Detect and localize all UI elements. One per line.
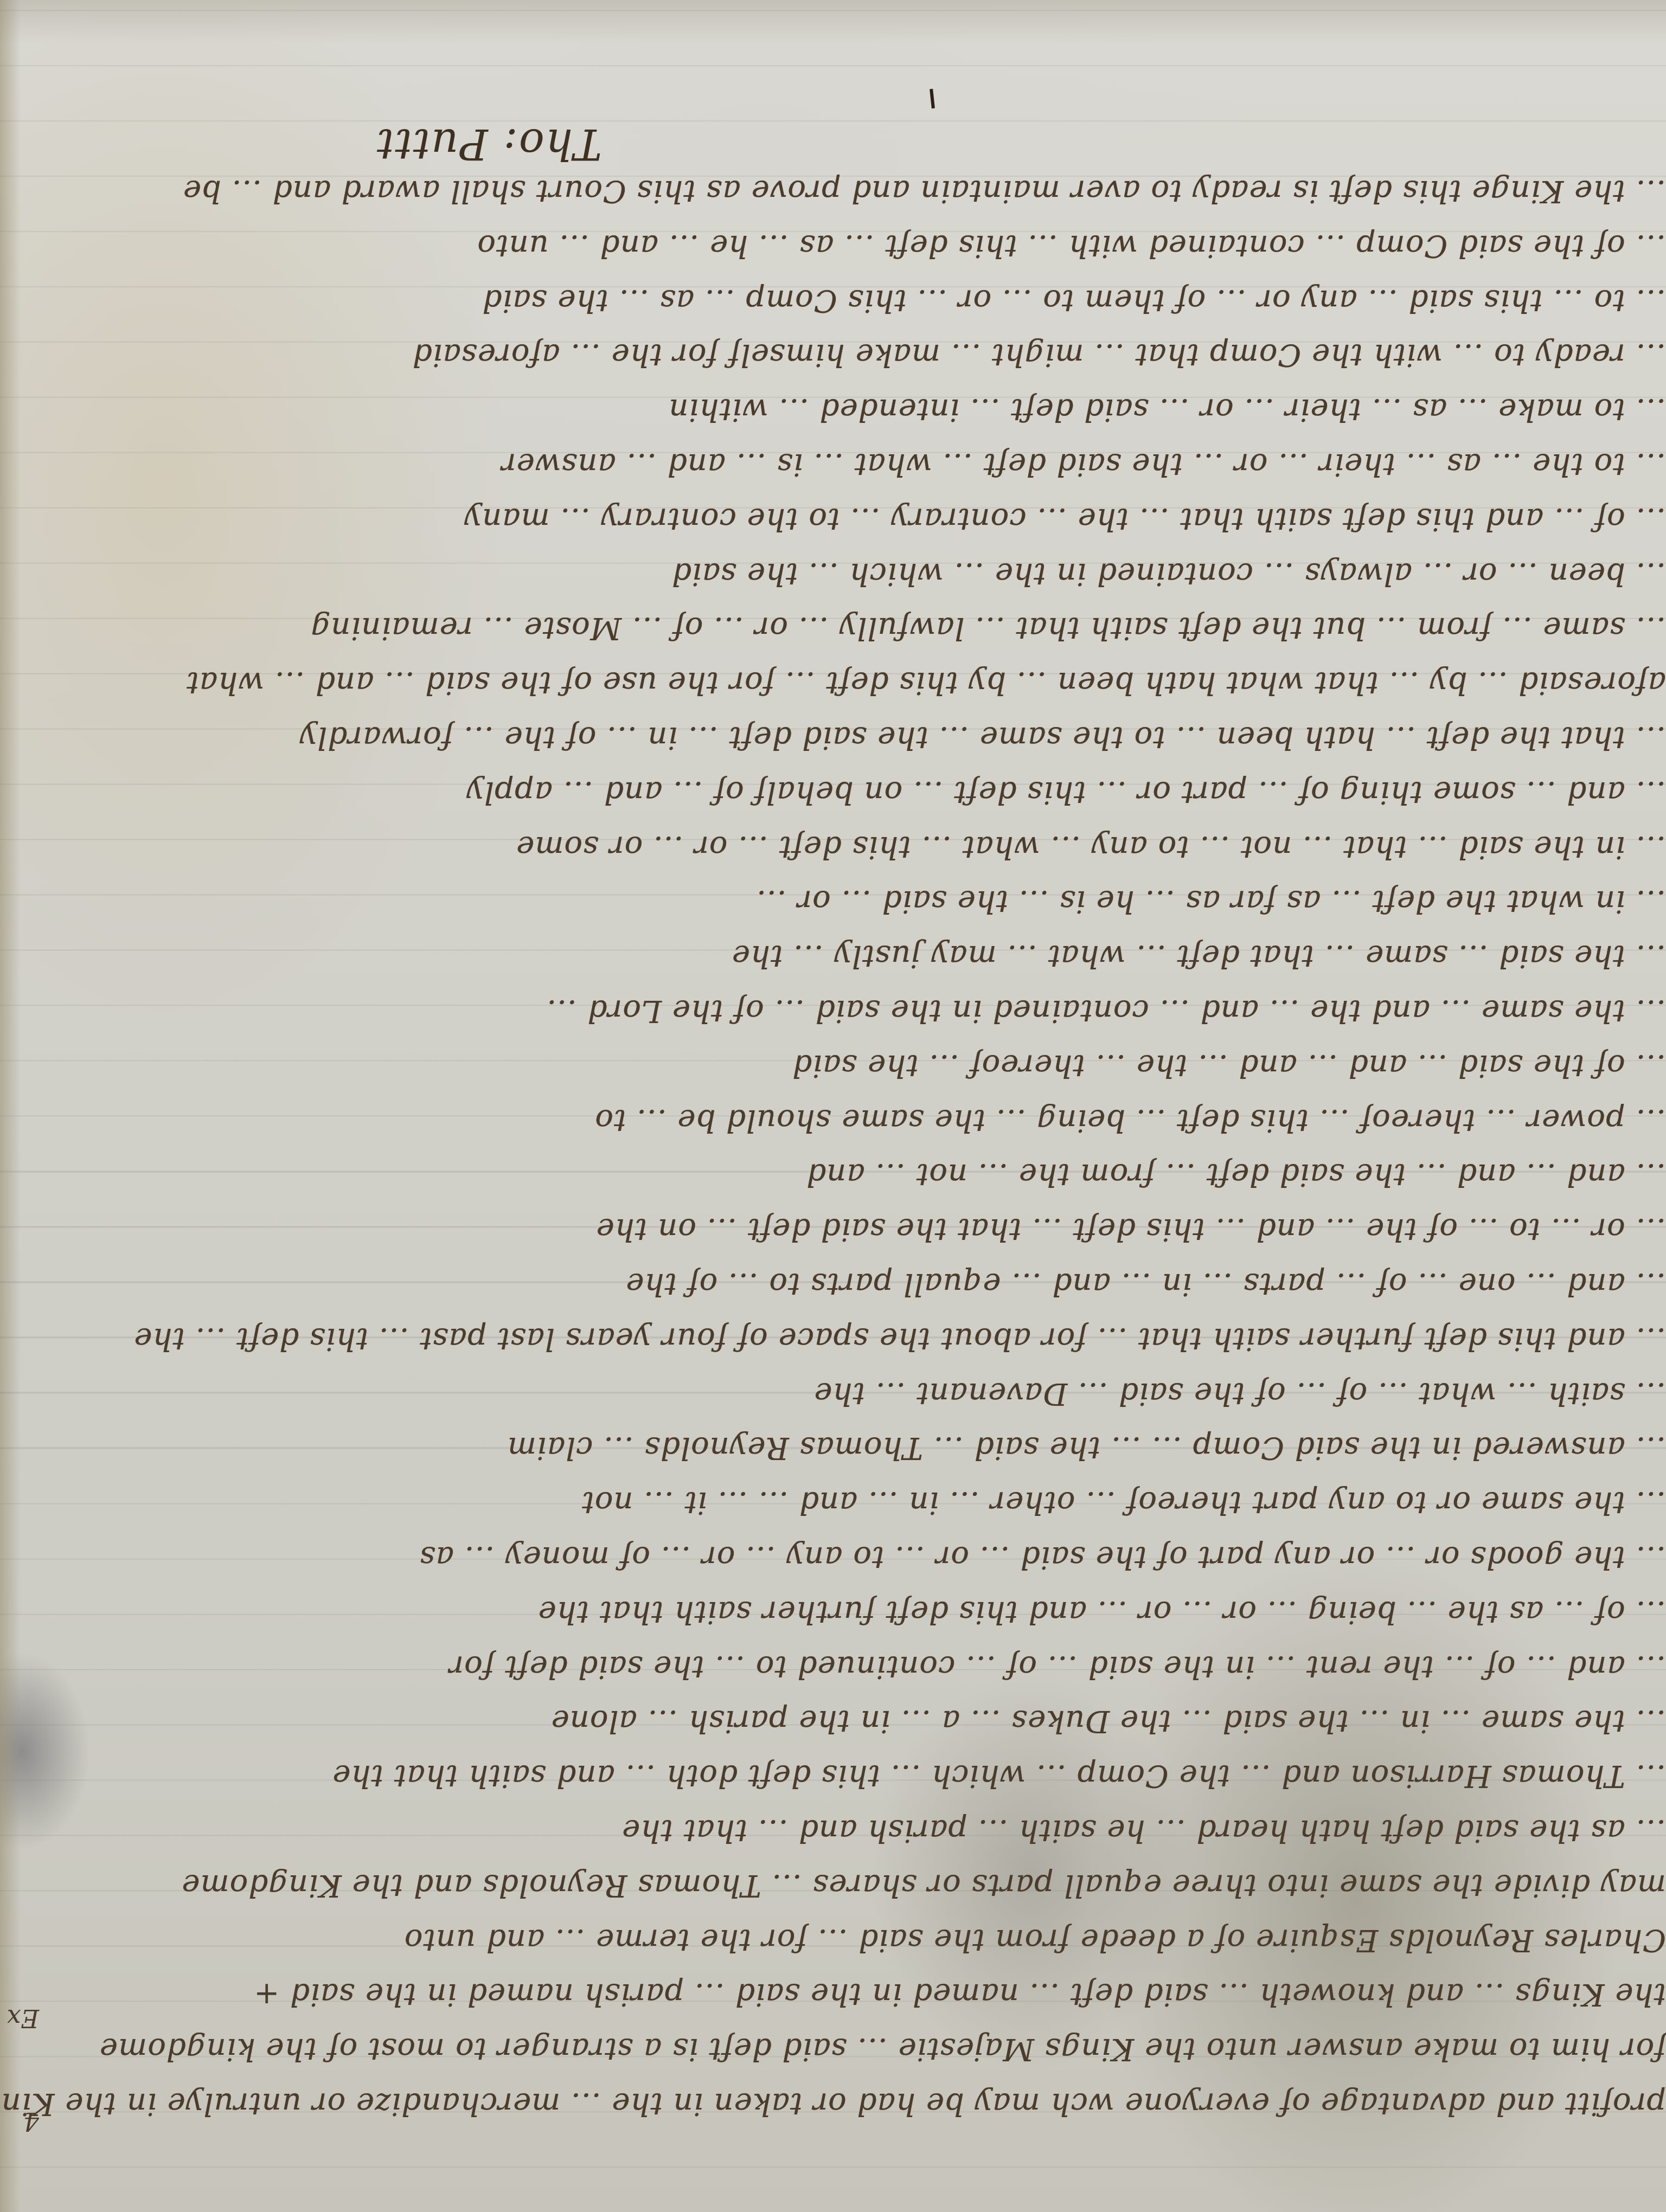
- manuscript-line: ... in what the deft ... as far as ... h…: [0, 874, 1666, 929]
- margin-note-number: 4: [23, 2107, 39, 2136]
- manuscript-line: ... of the said Comp ... contained with …: [0, 218, 1666, 273]
- manuscript-line: ... the same or to any part thereof ... …: [0, 1475, 1666, 1529]
- manuscript-line: ... in the said ... that ... not ... to …: [0, 819, 1666, 874]
- manuscript-line: ... to the ... as ... their ... or ... t…: [0, 436, 1666, 491]
- manuscript-line: ... Thomas Harrison and ... the Comp ...…: [0, 1748, 1666, 1803]
- manuscript-line: ... same ... from ... but the deft saith…: [0, 601, 1666, 655]
- manuscript-line: ... of ... as the ... being ... or ... o…: [0, 1584, 1666, 1639]
- manuscript-line: ... that the deft ... hath been ... to t…: [0, 710, 1666, 764]
- manuscript-line: ... ready to ... with the Comp that ... …: [0, 327, 1666, 382]
- manuscript-line: ... and ... and ... the said deft ... fr…: [0, 1147, 1666, 1202]
- manuscript-line: ... and ... some thing of ... part or ..…: [0, 764, 1666, 819]
- manuscript-line: the Kings ... and knoweth ... said deft …: [0, 1967, 1666, 2022]
- manuscript-line: ... the same ... and the ... and ... con…: [0, 983, 1666, 1038]
- manuscript-line: profitt and advantage of everyone wch ma…: [0, 2076, 1666, 2131]
- manuscript-line: ... power ... thereof ... this deft ... …: [0, 1092, 1666, 1147]
- manuscript-line: ... to ... this said ... any or ... of t…: [0, 273, 1666, 327]
- manuscript-line: may divide the same into three equall pa…: [0, 1857, 1666, 1912]
- margin-note-ex: Ex: [7, 2004, 39, 2033]
- manuscript-line: ... answered in the said Comp ... ... th…: [0, 1420, 1666, 1475]
- manuscript-line: ... and this deft further saith that ...…: [0, 1311, 1666, 1366]
- manuscript-line: ... and ... one ... of ... parts ... in …: [0, 1256, 1666, 1311]
- manuscript-line: ... the Kinge this deft is ready to aver…: [0, 163, 1666, 218]
- manuscript-line: ... saith ... what ... of ... of the sai…: [0, 1366, 1666, 1420]
- manuscript-line: ... the goods or ... or any part of the …: [0, 1529, 1666, 1584]
- manuscript-line: for him to make answer unto the Kings Ma…: [0, 2021, 1666, 2076]
- ink-tick-mark: [930, 89, 935, 108]
- manuscript-line: ... been ... or ... always ... contained…: [0, 546, 1666, 601]
- manuscript-line: ... and ... of ... the rent ... in the s…: [0, 1639, 1666, 1694]
- manuscript-line: ... to make ... as ... their ... or ... …: [0, 382, 1666, 437]
- manuscript-line: ... as the said deft hath heard ... he s…: [0, 1803, 1666, 1857]
- manuscript-line: ... of ... and this deft saith that ... …: [0, 491, 1666, 546]
- manuscript-text-body: profitt and advantage of everyone wch ma…: [0, 163, 1666, 2131]
- manuscript-photo: profitt and advantage of everyone wch ma…: [0, 0, 1666, 2212]
- manuscript-line: Charles Reynolds Esquire of a deede from…: [0, 1912, 1666, 1967]
- manuscript-line: ... the said ... same ... that deft ... …: [0, 928, 1666, 983]
- manuscript-line: ... the same ... in ... the said ... the…: [0, 1694, 1666, 1748]
- manuscript-sheet-rotated: profitt and advantage of everyone wch ma…: [0, 0, 1666, 2212]
- signature: Tho: Puttt: [376, 119, 602, 168]
- manuscript-line: aforesaid ... by ... that what hath been…: [0, 655, 1666, 710]
- manuscript-line: ... or ... to ... of the ... and ... thi…: [0, 1201, 1666, 1256]
- manuscript-line: ... of the said ... and ... and ... the …: [0, 1038, 1666, 1092]
